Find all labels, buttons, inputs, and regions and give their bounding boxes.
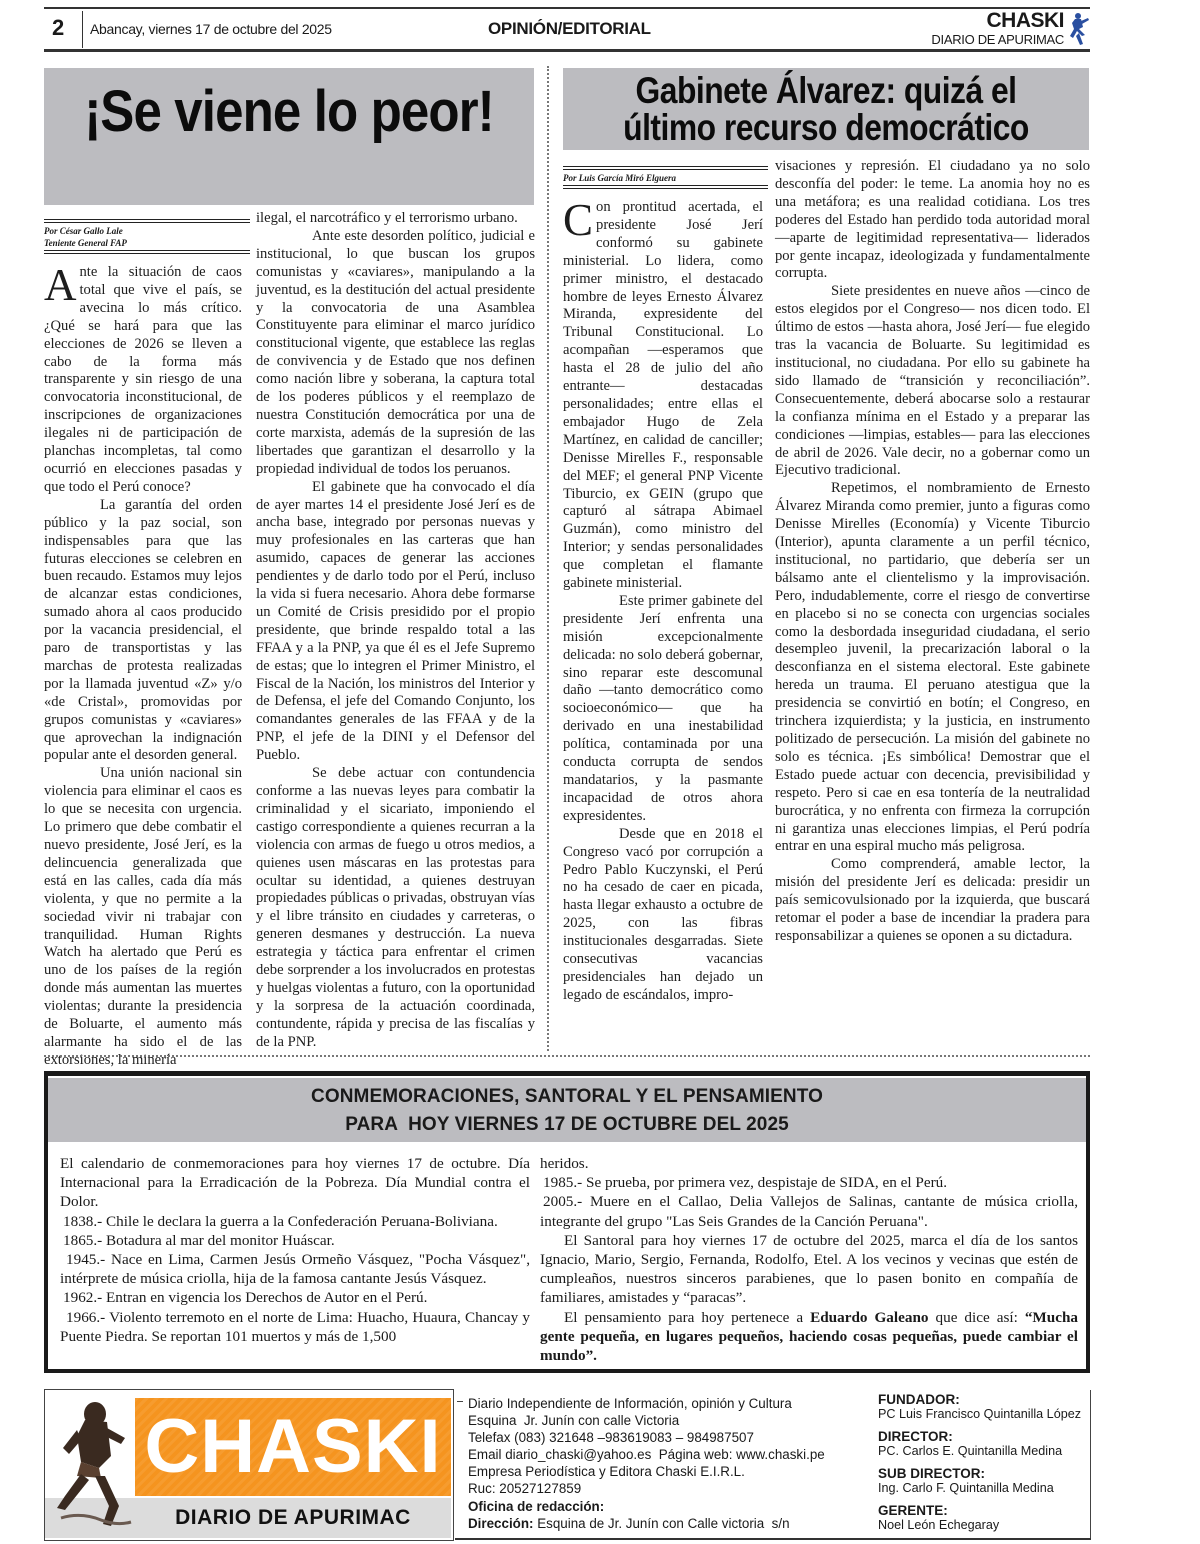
page-number: 2 [52,15,64,41]
event-item: 1865.- Botadura al mar del monitor Huásc… [60,1231,530,1250]
paragraph: Se debe actuar con contundencia conforme… [256,765,535,1052]
footer-staff: FUNDADOR: PC Luis Francisco Quintanilla … [878,1393,1081,1541]
staff-role: DIRECTOR: [878,1430,1081,1444]
thought-intro: El pensamiento para hoy pertenece a [564,1309,810,1326]
paragraph: Repetimos, el nombramiento de Ernesto Ál… [775,480,1090,856]
paragraph: La garantía del orden público y la paz s… [44,497,242,766]
paragraph: Ante este desorden político, judicial e … [256,228,535,479]
staff-name: Noel León Echegaray [878,1518,1081,1532]
chaski-runner-icon [51,1396,135,1536]
byline-right: Por Luis García Miró Elguera [563,166,768,189]
event-item: heridos. [540,1154,1078,1173]
info-line: Telefax (083) 321648 –983619083 – 984987… [468,1429,825,1446]
section-separator [44,1055,1090,1057]
thought-author: Eduardo Galeano [810,1309,928,1326]
thought-mid: que dice así: [929,1309,1025,1326]
title-line: CONMEMORACIONES, SANTORAL Y EL PENSAMIEN… [48,1083,1086,1111]
logo-subtitle: DIARIO DE APURIMAC [135,1498,451,1538]
article-headline: Gabinete Álvarez: quizá el último recurs… [600,68,1052,146]
staff-role: GERENTE: [878,1504,1081,1518]
office-label: Oficina de redacción: [468,1499,604,1514]
staff-name: PC. Carlos E. Quintanilla Medina [878,1444,1081,1458]
masthead-bottom-rule [44,49,1090,52]
drop-cap: C [563,199,596,237]
byline-author: Por Luis García Miró Elguera [563,170,768,185]
headline-line: Gabinete Álvarez: quizá el [600,72,1052,109]
info-line: Diario Independiente de Información, opi… [468,1395,825,1412]
title-line: PARA HOY VIERNES 17 DE OCTUBRE DEL 2025 [48,1111,1086,1139]
event-item: 1838.- Chile le declara la guerra a la C… [60,1212,530,1231]
footer-right-rule [1090,1390,1091,1538]
article-right-column-1: Con prontitud acertada, el presidente Jo… [563,199,763,1005]
staff-name: PC Luis Francisco Quintanilla López [878,1407,1081,1421]
issue-date: Abancay, viernes 17 de octubre del 2025 [90,21,332,37]
chaski-runner-icon [1066,11,1090,47]
footer-bottom-rule [455,1538,1091,1540]
footer-logo: CHASKI DIARIO DE APURIMAC [44,1389,454,1541]
byline-role: Teniente General FAP [44,237,250,249]
paragraph: ilegal, el narcotráfico y el terrorismo … [256,210,535,228]
footer-tick [457,1401,463,1402]
headline-box-right: Gabinete Álvarez: quizá el último recurs… [563,68,1089,150]
address-label: Dirección: [468,1516,533,1531]
headline-box-left: ¡Se viene lo peor! [44,68,534,205]
commemorations-column-2: heridos. 1985.- Se prueba, por primera v… [540,1154,1078,1365]
commemorations-title: CONMEMORACIONES, SANTORAL Y EL PENSAMIEN… [48,1078,1086,1142]
brand-name: CHASKI [931,10,1064,32]
article-right-column-2: visaciones y represión. El ciudadano ya … [775,158,1090,946]
intro-text: El calendario de conmemoraciones para ho… [60,1154,530,1212]
paragraph: El gabinete que ha convocado el día de a… [256,479,535,766]
paragraph: Siete presidentes en nueve años —cinco d… [775,283,1090,480]
column-separator [547,66,549,1051]
staff-name: Ing. Carlo F. Quintanilla Medina [878,1481,1081,1495]
drop-cap: A [44,264,80,302]
event-item: 1966.- Violento terremoto en el norte de… [60,1308,530,1346]
paragraph: on prontitud acertada, el presidente Jos… [563,199,763,591]
info-line: Ruc: 20527127859 [468,1480,825,1497]
event-item: 1945.- Nace en Lima, Carmen Jesús Ormeño… [60,1250,530,1288]
paragraph: Este primer gabinete del presidente Jerí… [563,593,763,826]
article-left-column-2: ilegal, el narcotráfico y el terrorismo … [256,210,535,1052]
paragraph: visaciones y represión. El ciudadano ya … [775,158,1090,283]
logo-name: CHASKI [135,1398,451,1496]
byline-author: Por César Gallo Lale [44,225,250,237]
section-title: OPINIÓN/EDITORIAL [488,19,651,39]
logo-orange-band: CHASKI [135,1398,451,1496]
article-headline: ¡Se viene lo peor! [73,68,504,140]
paragraph: Desde que en 2018 el Congreso vacó por c… [563,826,763,1005]
byline-rule [563,185,768,189]
info-line: Esquina Jr. Junín con calle Victoria [468,1412,825,1429]
article-left-column-1: Ante la situación de caos total que vive… [44,264,242,1070]
commemorations-box: CONMEMORACIONES, SANTORAL Y EL PENSAMIEN… [44,1071,1090,1373]
footer-info: Diario Independiente de Información, opi… [468,1395,825,1532]
masthead-brand: CHASKI DIARIO DE APURIMAC [931,10,1064,47]
byline-rule [44,250,250,254]
byline-left: Por César Gallo Lale Teniente General FA… [44,219,250,254]
event-item: 1962.- Entran en vigencia los Derechos d… [60,1288,530,1307]
paragraph: Como comprenderá, amable lector, la misi… [775,856,1090,946]
masthead-top-rule [44,7,1090,9]
event-item: 1985.- Se prueba, por primera vez, despi… [540,1173,1078,1192]
commemorations-column-1: El calendario de conmemoraciones para ho… [60,1154,530,1346]
info-line: Email diario_chaski@yahoo.es Página web:… [468,1446,825,1463]
thought-text: El pensamiento para hoy pertenece a Edua… [540,1308,1078,1366]
staff-role: SUB DIRECTOR: [878,1467,1081,1481]
address-value: Esquina de Jr. Junín con Calle victoria … [533,1516,789,1531]
event-item: 2005.- Muere en el Callao, Delia Vallejo… [540,1192,1078,1230]
masthead-divider [82,11,83,48]
brand-subtitle: DIARIO DE APURIMAC [931,32,1064,47]
headline-line: último recurso democrático [600,109,1052,146]
info-line: Empresa Periodística y Editora Chaski E.… [468,1463,825,1480]
paragraph: Una unión nacional sin violencia para el… [44,765,242,1069]
santoral-text: El Santoral para hoy viernes 17 de octub… [540,1231,1078,1308]
staff-role: FUNDADOR: [878,1393,1081,1407]
